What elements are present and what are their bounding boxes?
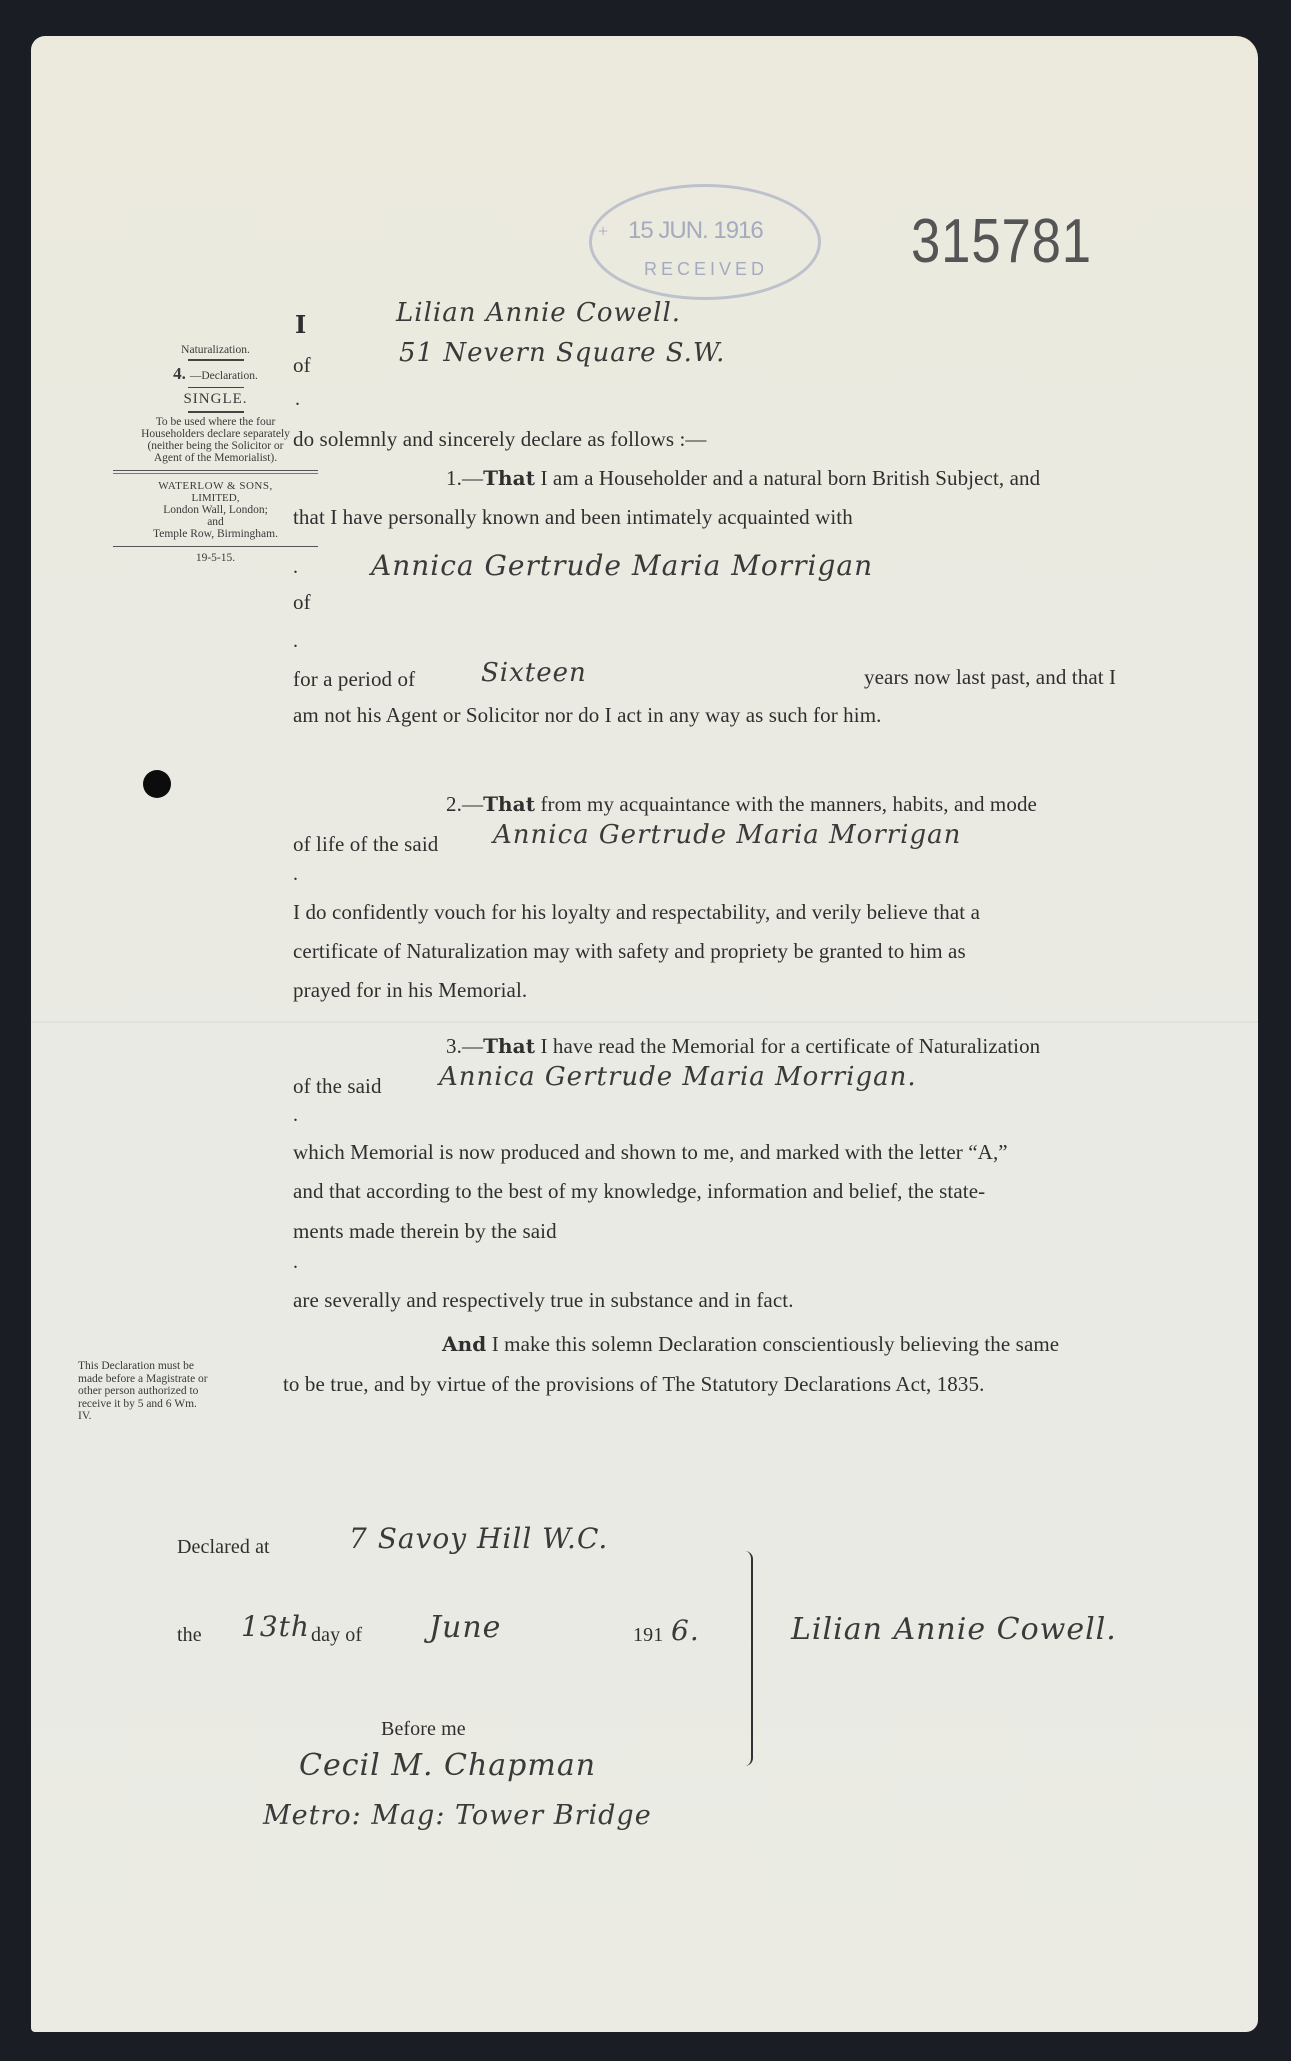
declared-at-value: 7 Savoy Hill W.C.	[349, 1522, 608, 1555]
printer-line: London Wall, London;	[113, 504, 318, 516]
clause-keyword: That	[483, 1034, 535, 1058]
margin-title: Naturalization.	[113, 344, 318, 356]
memorialist-name: Annica Gertrude Maria Morrigan	[493, 820, 961, 850]
note-line: IV.	[78, 1410, 208, 1423]
declarant-address: 51 Nevern Square S.W.	[399, 338, 725, 368]
of-label: of	[293, 353, 311, 378]
form-type: —Declaration.	[190, 370, 258, 382]
dot: .	[293, 556, 298, 579]
month-value: June	[429, 1610, 501, 1645]
dot: .	[295, 388, 300, 411]
note-line: This Declaration must be	[78, 1360, 208, 1373]
clause-3-line-5: ments made therein by the said	[293, 1219, 557, 1244]
instruction-line: (neither being the Solicitor or	[113, 440, 318, 452]
said-label: of life of the said	[293, 832, 438, 857]
divider	[188, 387, 244, 389]
printer-line: WATERLOW & SONS,	[113, 480, 318, 492]
note-line: other person authorized to	[78, 1385, 208, 1398]
memorialist-name: Annica Gertrude Maria Morrigan	[371, 549, 873, 582]
printer-line: Temple Row, Birmingham.	[113, 528, 318, 540]
closing-keyword: And	[442, 1332, 486, 1356]
printer-line: LIMITED,	[113, 492, 318, 504]
dot: .	[293, 1251, 298, 1274]
clause-text: I have read the Memorial for a certifica…	[540, 1034, 1040, 1058]
clause-1-line-2: that I have personally known and been in…	[293, 505, 853, 530]
declared-at-label: Declared at	[177, 1536, 270, 1559]
note-line: made before a Magistrate or	[78, 1373, 208, 1386]
clause-keyword: That	[483, 792, 535, 816]
clause-1-line-1: 1.—That I am a Householder and a natural…	[446, 466, 1040, 491]
magistrate-signature: Cecil M. Chapman	[299, 1748, 596, 1783]
margin-form-info: Naturalization. 4. —Declaration. SINGLE.…	[113, 344, 318, 564]
period-tail: years now last past, and that I	[864, 665, 1116, 690]
form-variant: SINGLE.	[113, 391, 318, 408]
clause-2-line-5: prayed for in his Memorial.	[293, 978, 527, 1003]
day-of-label: day of	[311, 1624, 362, 1647]
clause-keyword: That	[483, 466, 535, 490]
received-stamp: + 15 JUN. 1916 RECEIVED	[589, 184, 821, 300]
the-label: the	[177, 1624, 202, 1647]
reference-number: 315781	[911, 206, 1092, 277]
clause-1-last-line: am not his Agent or Solicitor nor do I a…	[293, 703, 881, 728]
closing-text: I make this solemn Declaration conscient…	[492, 1332, 1060, 1356]
clause-number: 1.—	[446, 466, 483, 490]
closing-line-1: And I make this solemn Declaration consc…	[442, 1332, 1059, 1357]
instruction-line: Householders declare separately	[113, 428, 318, 440]
intro-text: do solemnly and sincerely declare as fol…	[293, 427, 707, 452]
clause-number: 3.—	[446, 1034, 483, 1058]
divider	[188, 411, 244, 413]
year-prefix: 191	[633, 1624, 663, 1647]
clause-3-line-1: 3.—That I have read the Memorial for a c…	[446, 1034, 1040, 1059]
period-value: Sixteen	[481, 658, 587, 688]
instruction-line: To be used where the four	[113, 416, 318, 428]
divider	[188, 359, 244, 361]
clause-text: I am a Householder and a natural born Br…	[540, 466, 1040, 490]
double-rule	[113, 470, 318, 474]
dot: .	[293, 1104, 298, 1127]
day-value: 13th	[241, 1610, 310, 1643]
paper-fold	[31, 1021, 1258, 1023]
period-label: for a period of	[293, 667, 415, 692]
rule	[113, 546, 318, 547]
of-label: of	[293, 590, 311, 615]
clause-3-line-4: and that according to the best of my kno…	[293, 1179, 985, 1204]
margin-form-line: 4. —Declaration.	[113, 364, 318, 384]
clause-3-line-6: are severally and respectively true in s…	[293, 1288, 794, 1313]
declaration-page: + 15 JUN. 1916 RECEIVED 315781 Naturaliz…	[31, 36, 1258, 2032]
declarant-prefix: I	[295, 310, 306, 339]
year-suffix: 6.	[671, 1614, 700, 1647]
stamp-date: 15 JUN. 1916	[628, 217, 763, 245]
dot: .	[293, 863, 298, 886]
clause-text: from my acquaintance with the manners, h…	[540, 792, 1037, 816]
declarant-signature: Lilian Annie Cowell.	[791, 1612, 1117, 1647]
declarant-name: Lilian Annie Cowell.	[396, 298, 681, 328]
print-date: 19-5-15.	[113, 552, 318, 564]
note-line: receive it by 5 and 6 Wm.	[78, 1398, 208, 1411]
stamp-label: RECEIVED	[644, 259, 768, 280]
said-label: of the said	[293, 1074, 382, 1099]
magistrate-title: Metro: Mag: Tower Bridge	[263, 1800, 652, 1831]
before-me-label: Before me	[381, 1718, 466, 1741]
memorialist-name: Annica Gertrude Maria Morrigan.	[439, 1062, 917, 1092]
printer-line: and	[113, 516, 318, 528]
form-number: 4.	[173, 364, 186, 383]
clause-2-line-3: I do confidently vouch for his loyalty a…	[293, 900, 980, 925]
clause-3-line-3: which Memorial is now produced and shown…	[293, 1140, 1008, 1165]
dot: .	[293, 630, 298, 653]
instruction-line: Agent of the Memorialist).	[113, 452, 318, 464]
clause-number: 2.—	[446, 792, 483, 816]
stamp-mark: +	[598, 221, 608, 242]
punch-hole	[143, 770, 171, 798]
margin-magistrate-note: This Declaration must be made before a M…	[78, 1360, 208, 1423]
clause-2-line-1: 2.—That from my acquaintance with the ma…	[446, 792, 1037, 817]
jurat-brace	[745, 1551, 753, 1766]
clause-2-line-4: certificate of Naturalization may with s…	[293, 939, 966, 964]
closing-line-2: to be true, and by virtue of the provisi…	[283, 1372, 984, 1397]
